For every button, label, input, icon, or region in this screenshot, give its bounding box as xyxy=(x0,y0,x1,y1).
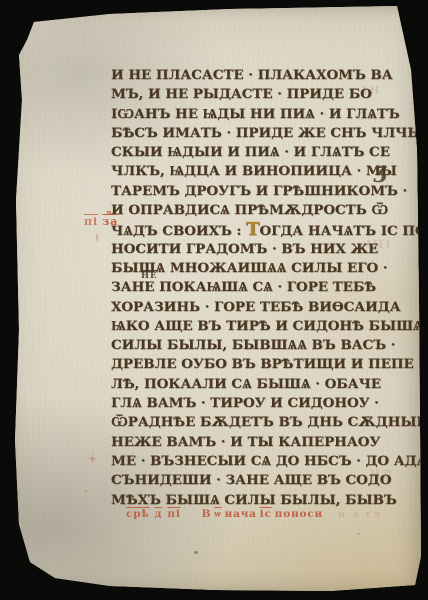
interlinear-correction: НЕ xyxy=(141,271,158,281)
manuscript-line: СИЛЫ БЫЛЫ, БЫВШѦѦ ВЪ ВАСЪ · xyxy=(111,337,401,356)
bottom-rubric: срѣдпіВѡначаіспоноси xyxy=(126,508,326,520)
manuscript-line: ТАРЕМЪ ДРОУГЪ И ГРѢШНИКОМЪ · xyxy=(111,183,401,202)
pen-flourish: Ӡ xyxy=(374,162,388,187)
line-text: ОГДА НАЧѦТЪ ІС ПО xyxy=(259,223,426,239)
manuscript-line: СЪНИДЕШИ · ЗАНЕ АЩЕ ВЪ СОДО xyxy=(111,472,401,491)
manuscript-line: ѨКО АЩЕ ВЪ ТИРѢ И СИДОНѢ БЫШѦ xyxy=(111,318,401,337)
manuscript-line: БѢСЪ ИМАТЬ · ПРИДЕ ЖЕ СНЪ ЧЛЧЬ xyxy=(111,125,401,144)
manuscript-line-with-initial: ЧѦДЪ СВОИХЪ : ТОГДА НАЧѦТЪ ІС ПО xyxy=(111,221,401,240)
ink-speck xyxy=(357,533,360,535)
margin-lection-number: пі xyxy=(84,215,98,228)
text-block: И НЕ ПЛАСАСТЕ · ПЛАКАХОМЪ ВА МЪ, И НЕ РЫ… xyxy=(111,67,401,511)
manuscript-line: ЗАНЕ ПОКАѨШѦ СѦ · ГОРЕ ТЕБѢ xyxy=(111,279,401,298)
manuscript-line: ЧЛКЪ, ѨДЦА И ВИНОПИИЦА · МЫ xyxy=(111,163,401,182)
manuscript-line: НОСИТИ ГРАДОМЪ · ВЪ НИХ ЖЕ xyxy=(111,241,401,260)
manuscript-line: ДРЕВЛЕ ОУБО ВЪ ВРѢТИЩИ И ПЕПЕ xyxy=(111,356,401,375)
manuscript-page: ІН ОІЛ ІНІ НД И НЕ ПЛАСАСТЕ · ПЛАКАХОМЪ … xyxy=(0,0,428,600)
manuscript-line: ЛѢ, ПОКААЛИ СѦ БЫШѦ · ОБАЧЕ xyxy=(111,376,401,395)
photo-background: ІН ОІЛ ІНІ НД И НЕ ПЛАСАСТЕ · ПЛАКАХОМЪ … xyxy=(0,0,428,600)
ink-speck xyxy=(194,551,198,554)
red-ink-streak xyxy=(96,234,98,241)
manuscript-line: ІѠАНЪ НЕ ѨДЫ НИ ПИѦ · И ГЛѦТЪ xyxy=(111,106,401,125)
manuscript-line: СКЫИ ѨДЫИ И ПИѦ · И ГЛѦТЪ СЕ xyxy=(111,144,401,163)
margin-zachalo-note: пізач xyxy=(84,215,118,228)
manuscript-line: МЪ, И НЕ РЫДАСТЕ · ПРИДЕ БО xyxy=(111,86,401,105)
gold-drop-cap-initial: Т xyxy=(246,219,259,240)
manuscript-line: ГЛѦ ВАМЪ · ТИРОУ И СИДОНОУ · xyxy=(111,395,401,414)
zachalo-superscript: ч xyxy=(106,208,112,217)
margin-faint-dot: · xyxy=(84,484,88,498)
manuscript-line: И НЕ ПЛАСАСТЕ · ПЛАКАХОМЪ ВА xyxy=(111,67,401,86)
manuscript-line: ХОРАЗИНЬ · ГОРЕ ТЕБѢ ВИѲСАИДА xyxy=(111,299,401,318)
rubric-number: пі xyxy=(167,508,180,520)
line-text: ЧѦДЪ СВОИХЪ : xyxy=(111,223,246,239)
manuscript-line: МЕ · ВЪЗНЕСЫИ СѦ ДО НБСЪ · ДО АДА xyxy=(111,453,401,472)
margin-faint-cross: + xyxy=(87,451,98,465)
manuscript-line: НЕЖЕ ВАМЪ · И ТЫ КАПЕРНАОУ xyxy=(111,434,401,453)
rubric-faded-continuation: и а гз xyxy=(338,509,382,520)
manuscript-line: ѾРАДНѢЕ БѪДЕТЪ ВЪ ДНЬ СѪДНЫИ xyxy=(111,414,401,433)
rubric-incipit: Вѡначаіспоноси xyxy=(202,508,327,520)
rubric-number: д xyxy=(155,508,163,520)
margin-zachalo-abbrev: зач xyxy=(102,215,118,228)
rubric-day-abbrev: срѣ xyxy=(126,508,150,520)
